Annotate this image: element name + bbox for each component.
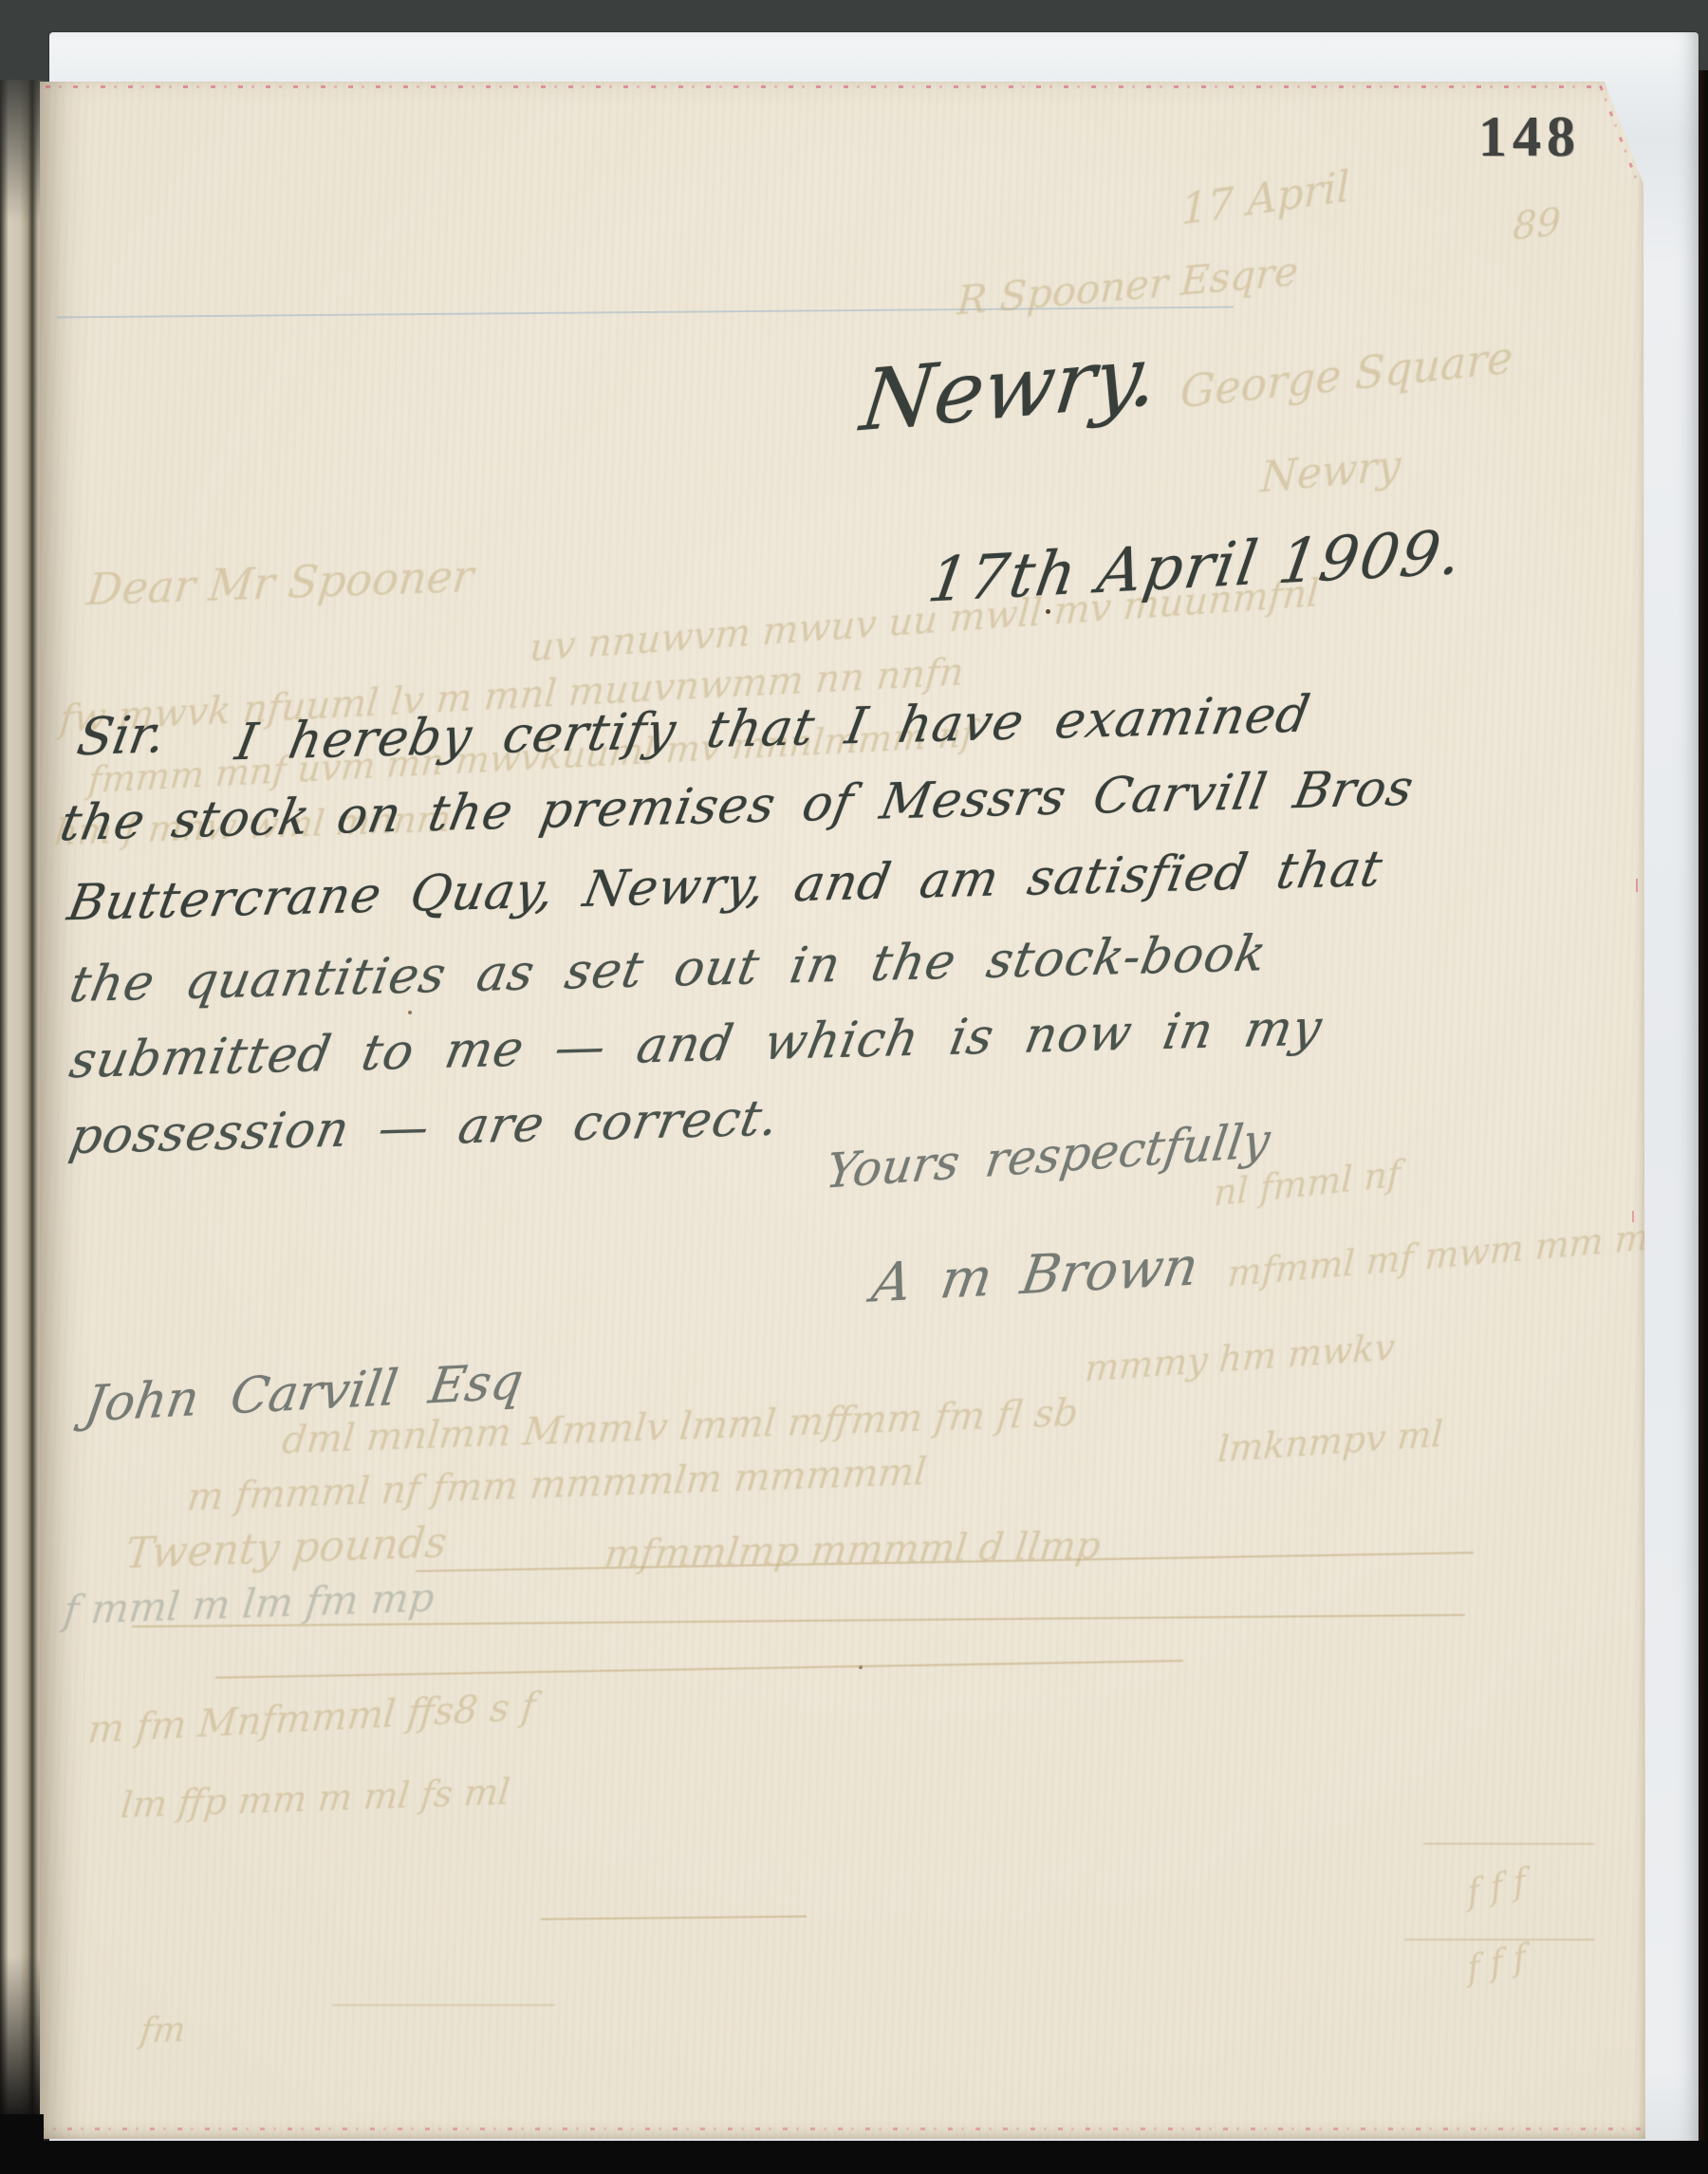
bleedthrough-strokes: f f f bbox=[1466, 1938, 1527, 1989]
bleedthrough-strokes: mmmy hm mwkv bbox=[1084, 1326, 1397, 1389]
bleedthrough-strokes: mfmml mf mwm mm mll bbox=[1227, 1214, 1673, 1294]
bleedthrough-salutation: Dear Mr Spooner bbox=[84, 550, 475, 615]
bleedthrough-strokes: mfmmlmp mmmml d llmp bbox=[602, 1524, 1103, 1576]
ghost-underline bbox=[332, 2004, 555, 2006]
page-stack-edge bbox=[0, 80, 44, 2120]
letter-page: 148 17 April 89 R Spooner Esqre George S… bbox=[40, 82, 1645, 2139]
bleedthrough-strokes: fm bbox=[139, 2010, 188, 2051]
scan-background-bottom bbox=[0, 2141, 1708, 2174]
deckle-tick bbox=[1636, 879, 1638, 892]
letter-closing: Yours respectfully bbox=[823, 1112, 1273, 1198]
ghost-underline bbox=[1423, 1843, 1594, 1845]
bleedthrough-strokes: lmknmpv ml bbox=[1216, 1412, 1444, 1470]
bleedthrough-strokes: lm ffp mm m ml fs ml bbox=[119, 1771, 511, 1826]
bleedthrough-addressee: R Spooner Esqre bbox=[956, 248, 1299, 325]
letter-place: Newry. bbox=[856, 325, 1163, 451]
bleedthrough-amount: Twenty pounds bbox=[123, 1518, 450, 1578]
ghost-underline bbox=[215, 1660, 1183, 1679]
bleedthrough-town: Newry bbox=[1259, 441, 1402, 502]
deckle-edge-bottom bbox=[40, 2128, 1645, 2130]
gutter-shadow-bottom bbox=[0, 1955, 44, 2121]
paper-speck bbox=[408, 1011, 412, 1014]
bleedthrough-year: 89 bbox=[1512, 200, 1561, 250]
bleedthrough-address: George Square bbox=[1179, 331, 1513, 418]
letter-signature: A m Brown bbox=[868, 1236, 1203, 1315]
letter-salutation: Sir. bbox=[73, 704, 170, 768]
ghost-underline bbox=[541, 1916, 807, 1921]
letter-body-line: possession — are correct. bbox=[65, 1089, 784, 1165]
letter-date: 17th April 1909. bbox=[923, 518, 1468, 617]
deckle-edge-top bbox=[46, 85, 1602, 88]
scanned-letterbook-page: 148 17 April 89 R Spooner Esqre George S… bbox=[0, 0, 1708, 2174]
bleedthrough-date: 17 April bbox=[1181, 162, 1349, 234]
bleedthrough-strokes: m fm Mnfmmml ffs8 s f bbox=[86, 1684, 537, 1752]
bleedthrough-strokes: f f f bbox=[1466, 1862, 1527, 1913]
letter-body-line: submitted to me — and which is now in my bbox=[65, 999, 1327, 1089]
letter-body-line: the quantities as set out in the stock-b… bbox=[65, 925, 1272, 1013]
letter-body-line: Buttercrane Quay, Newry, and am satisfie… bbox=[64, 841, 1387, 933]
scan-background-bottom bbox=[0, 2114, 44, 2174]
page-number-stamp: 148 bbox=[1478, 104, 1581, 170]
gutter-shadow-top bbox=[0, 80, 44, 222]
ghost-underline bbox=[1404, 1939, 1594, 1941]
